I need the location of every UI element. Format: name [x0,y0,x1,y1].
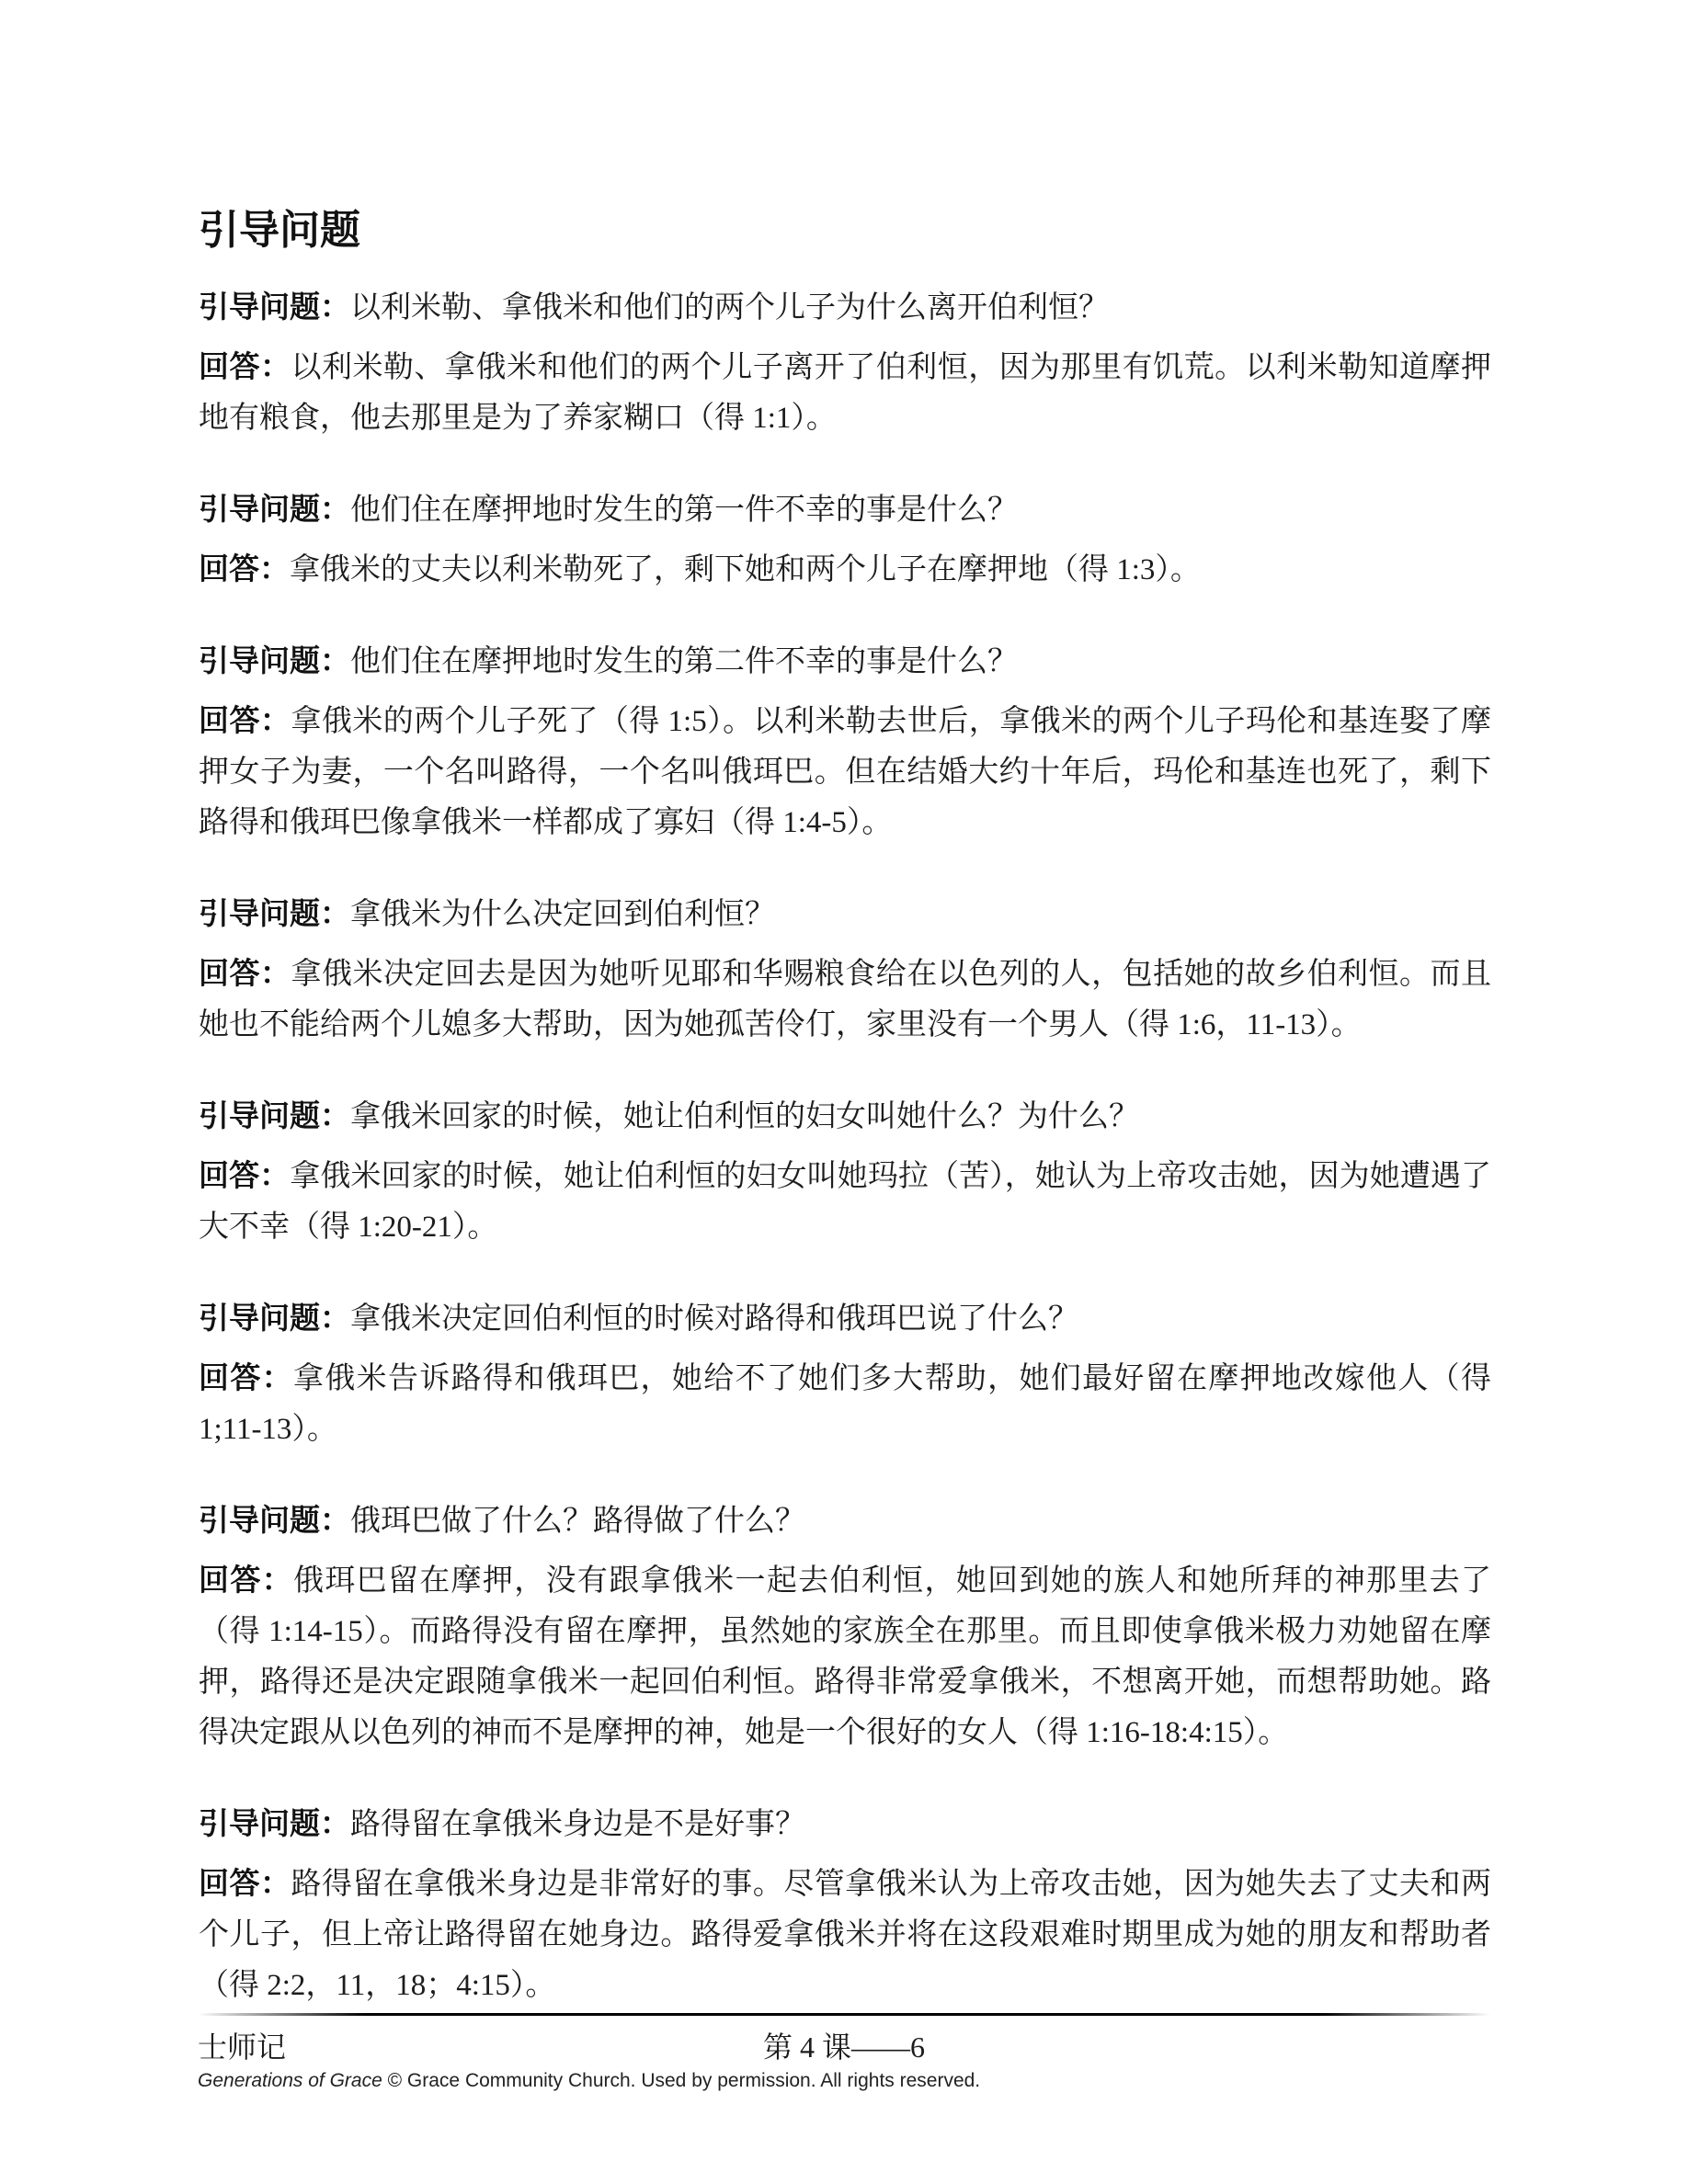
question-line: 引导问题：路得留在拿俄米身边是不是好事？ [199,1800,1491,1850]
copyright-series-name: Generations of Grace [198,2070,382,2091]
question-label: 引导问题： [199,494,350,527]
answer-label: 回答： [199,1868,291,1901]
question-text: 路得留在拿俄米身边是不是好事？ [350,1808,805,1841]
question-label: 引导问题： [199,645,350,678]
question-line: 引导问题：俄珥巴做了什么？路得做了什么？ [199,1496,1491,1547]
answer-label: 回答： [199,1362,293,1395]
question-line: 引导问题：他们住在摩押地时发生的第一件不幸的事是什么？ [199,485,1491,536]
qa-block: 引导问题：他们住在摩押地时发生的第二件不幸的事是什么？ 回答：拿俄米的两个儿子死… [199,637,1491,848]
question-line: 引导问题：以利米勒、拿俄米和他们的两个儿子为什么离开伯利恒？ [199,283,1491,334]
answer-text: 以利米勒、拿俄米和他们的两个儿子离开了伯利恒，因为那里有饥荒。以利米勒知道摩押地… [199,351,1491,435]
answer-text: 拿俄米的两个儿子死了（得 1:5）。以利米勒去世后，拿俄米的两个儿子玛伦和基连娶… [199,705,1491,839]
question-label: 引导问题： [199,291,350,324]
question-text: 拿俄米决定回伯利恒的时候对路得和俄珥巴说了什么？ [350,1302,1078,1336]
question-text: 他们住在摩押地时发生的第二件不幸的事是什么？ [350,645,1018,678]
answer-line: 回答：拿俄米的两个儿子死了（得 1:5）。以利米勒去世后，拿俄米的两个儿子玛伦和… [199,697,1491,848]
answer-line: 回答：拿俄米决定回去是因为她听见耶和华赐粮食给在以色列的人，包括她的故乡伯利恒。… [199,950,1491,1051]
answer-line: 回答：俄珥巴留在摩押，没有跟拿俄米一起去伯利恒，她回到她的族人和她所拜的神那里去… [199,1556,1491,1758]
answer-text: 拿俄米的丈夫以利米勒死了，剩下她和两个儿子在摩押地（得 1:3）。 [290,553,1201,586]
qa-block: 引导问题：以利米勒、拿俄米和他们的两个儿子为什么离开伯利恒？ 回答：以利米勒、拿… [199,283,1491,444]
qa-block: 引导问题：拿俄米回家的时候，她让伯利恒的妇女叫她什么？为什么？ 回答：拿俄米回家… [199,1092,1491,1253]
document-body: 引导问题 引导问题：以利米勒、拿俄米和他们的两个儿子为什么离开伯利恒？ 回答：以… [199,197,1491,2053]
answer-label: 回答： [199,705,291,738]
copyright-text: © Grace Community Church. Used by permis… [382,2070,980,2091]
question-text: 以利米勒、拿俄米和他们的两个儿子为什么离开伯利恒？ [350,291,1109,324]
question-text: 拿俄米回家的时候，她让伯利恒的妇女叫她什么？为什么？ [350,1100,1139,1133]
qa-block: 引导问题：他们住在摩押地时发生的第一件不幸的事是什么？ 回答：拿俄米的丈夫以利米… [199,485,1491,596]
question-label: 引导问题： [199,1505,350,1538]
answer-line: 回答：路得留在拿俄米身边是非常好的事。尽管拿俄米认为上帝攻击她，因为她失去了丈夫… [199,1860,1491,2011]
answer-line: 回答：拿俄米的丈夫以利米勒死了，剩下她和两个儿子在摩押地（得 1:3）。 [199,545,1491,596]
qa-block: 引导问题：俄珥巴做了什么？路得做了什么？ 回答：俄珥巴留在摩押，没有跟拿俄米一起… [199,1496,1491,1758]
question-label: 引导问题： [199,1100,350,1133]
answer-text: 路得留在拿俄米身边是非常好的事。尽管拿俄米认为上帝攻击她，因为她失去了丈夫和两个… [199,1868,1491,2002]
footer-row: 士师记 第 4 课——6 [198,2029,1490,2065]
question-text: 他们住在摩押地时发生的第一件不幸的事是什么？ [350,494,1018,527]
answer-label: 回答： [199,1564,293,1598]
question-line: 引导问题：拿俄米为什么决定回到伯利恒？ [199,890,1491,940]
question-text: 俄珥巴做了什么？路得做了什么？ [350,1505,805,1538]
answer-label: 回答： [199,351,291,384]
question-label: 引导问题： [199,1808,350,1841]
footer-divider [198,2013,1490,2016]
footer-book-title: 士师记 [198,2029,286,2065]
page-footer: 士师记 第 4 课——6 Generations of Grace © Grac… [198,2013,1490,2093]
copyright-line: Generations of Grace © Grace Community C… [198,2069,1490,2093]
question-line: 引导问题：拿俄米决定回伯利恒的时候对路得和俄珥巴说了什么？ [199,1294,1491,1345]
answer-text: 拿俄米决定回去是因为她听见耶和华赐粮食给在以色列的人，包括她的故乡伯利恒。而且她… [199,958,1491,1041]
answer-label: 回答： [199,1160,290,1193]
page-title: 引导问题 [199,197,1491,256]
question-label: 引导问题： [199,1302,350,1336]
qa-block: 引导问题：拿俄米为什么决定回到伯利恒？ 回答：拿俄米决定回去是因为她听见耶和华赐… [199,890,1491,1051]
answer-text: 拿俄米告诉路得和俄珥巴，她给不了她们多大帮助，她们最好留在摩押地改嫁他人（得 1… [199,1362,1491,1446]
footer-page-number: 第 4 课——6 [198,2029,1490,2065]
answer-label: 回答： [199,553,290,586]
answer-line: 回答：拿俄米告诉路得和俄珥巴，她给不了她们多大帮助，她们最好留在摩押地改嫁他人（… [199,1354,1491,1455]
answer-text: 俄珥巴留在摩押，没有跟拿俄米一起去伯利恒，她回到她的族人和她所拜的神那里去了（得… [199,1564,1491,1749]
answer-text: 拿俄米回家的时候，她让伯利恒的妇女叫她玛拉（苦），她认为上帝攻击她，因为她遭遇了… [199,1160,1491,1244]
qa-block: 引导问题：拿俄米决定回伯利恒的时候对路得和俄珥巴说了什么？ 回答：拿俄米告诉路得… [199,1294,1491,1455]
question-line: 引导问题：拿俄米回家的时候，她让伯利恒的妇女叫她什么？为什么？ [199,1092,1491,1143]
answer-label: 回答： [199,958,291,991]
question-line: 引导问题：他们住在摩押地时发生的第二件不幸的事是什么？ [199,637,1491,688]
answer-line: 回答：拿俄米回家的时候，她让伯利恒的妇女叫她玛拉（苦），她认为上帝攻击她，因为她… [199,1152,1491,1253]
question-text: 拿俄米为什么决定回到伯利恒？ [350,898,775,931]
qa-block: 引导问题：路得留在拿俄米身边是不是好事？ 回答：路得留在拿俄米身边是非常好的事。… [199,1800,1491,2011]
answer-line: 回答：以利米勒、拿俄米和他们的两个儿子离开了伯利恒，因为那里有饥荒。以利米勒知道… [199,343,1491,444]
question-label: 引导问题： [199,898,350,931]
